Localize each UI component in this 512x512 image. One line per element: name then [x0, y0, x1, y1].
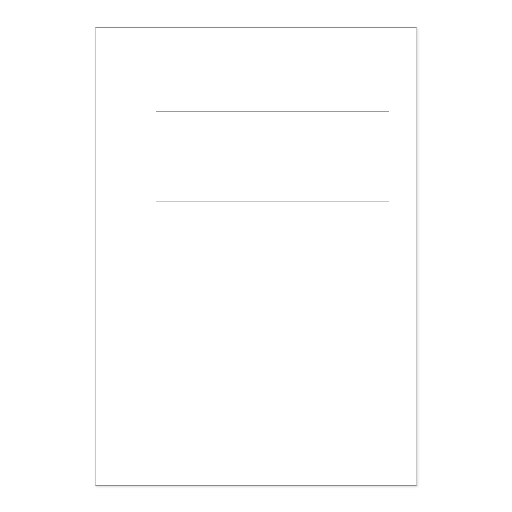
- divider: [156, 111, 389, 112]
- document-page: [95, 27, 417, 486]
- divider: [156, 201, 389, 202]
- article-heading: [156, 245, 201, 251]
